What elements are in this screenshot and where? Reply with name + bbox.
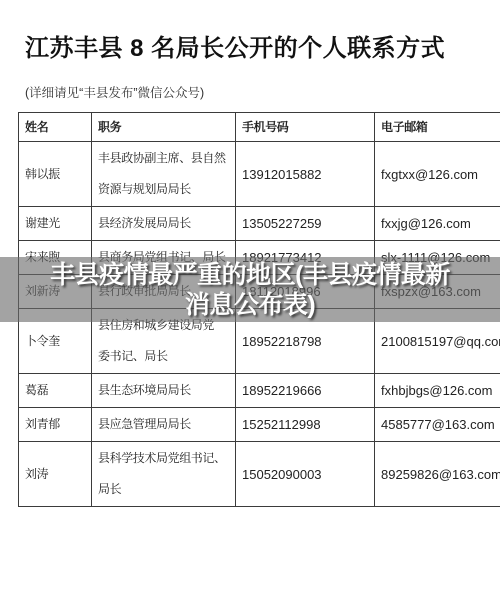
cell-title: 县生态环境局局长 [92,374,236,408]
cell-name: 谢建光 [19,207,92,241]
cell-title: 县科学技术局党组书记、 局长 [92,442,236,507]
header-cell-name: 姓名 [19,113,92,142]
table-row: 葛磊 县生态环境局局长 18952219666 fxhbjbgs@126.com [19,374,500,408]
watermark-text: 丰县疫情最严重的地区(丰县疫情最新 消息公布表) [50,260,450,320]
cell-title: 丰县政协副主席、县自然 资源与规划局局长 [92,142,236,207]
header-cell-email: 电子邮箱 [375,113,500,142]
cell-phone: 15252112998 [236,408,375,442]
cell-title: 县应急管理局局长 [92,408,236,442]
header-cell-title: 职务 [92,113,236,142]
cell-name: 刘涛 [19,442,92,507]
cell-phone: 13912015882 [236,142,375,207]
cell-email: fxhbjbgs@126.com [375,374,500,408]
table-row: 刘青郁 县应急管理局局长 15252112998 4585777@163.com [19,408,500,442]
header-cell-phone: 手机号码 [236,113,375,142]
table-row: 谢建光 县经济发展局局长 13505227259 fxxjg@126.com [19,207,500,241]
cell-name: 刘青郁 [19,408,92,442]
article-page: 江苏丰县 8 名局长公开的个人联系方式 (详细请见“丰县发布”微信公众号) 姓名… [0,0,500,589]
page-subtitle: (详细请见“丰县发布”微信公众号) [25,83,204,101]
cell-phone: 15052090003 [236,442,375,507]
cell-email: fxgtxx@126.com [375,142,500,207]
watermark-overlay: 丰县疫情最严重的地区(丰县疫情最新 消息公布表) [0,257,500,322]
cell-email: 89259826@163.com [375,442,500,507]
cell-title: 县经济发展局局长 [92,207,236,241]
cell-email: fxxjg@126.com [375,207,500,241]
cell-name: 韩以振 [19,142,92,207]
page-title: 江苏丰县 8 名局长公开的个人联系方式 [25,28,445,63]
contact-table-body: 韩以振 丰县政协副主席、县自然 资源与规划局局长 13912015882 fxg… [19,142,500,507]
contact-table-header: 姓名 职务 手机号码 电子邮箱 [19,113,500,142]
cell-phone: 13505227259 [236,207,375,241]
cell-email: 4585777@163.com [375,408,500,442]
header-row: 姓名 职务 手机号码 电子邮箱 [19,113,500,142]
table-row: 韩以振 丰县政协副主席、县自然 资源与规划局局长 13912015882 fxg… [19,142,500,207]
cell-phone: 18952219666 [236,374,375,408]
table-row: 刘涛 县科学技术局党组书记、 局长 15052090003 89259826@1… [19,442,500,507]
cell-name: 葛磊 [19,374,92,408]
